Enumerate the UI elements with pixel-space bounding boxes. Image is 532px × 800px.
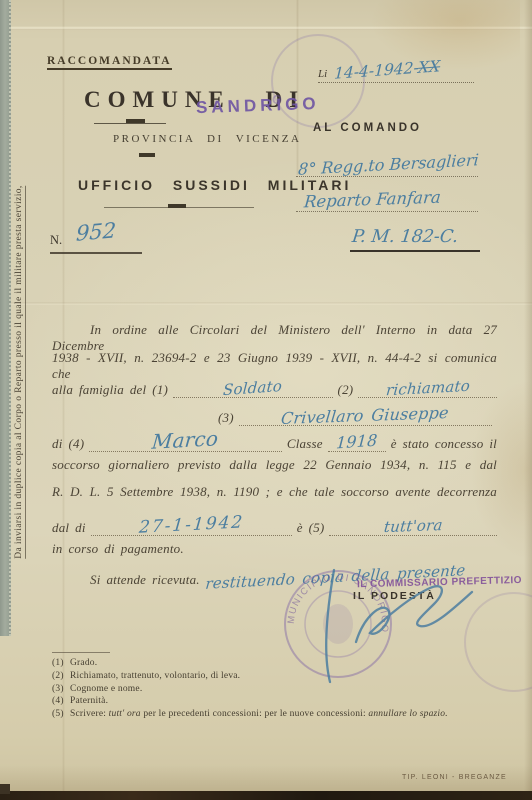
paper-corner (0, 784, 10, 794)
rank-handwritten: Soldato (223, 379, 283, 398)
date-label: Li (318, 68, 327, 80)
body-text: (2) (338, 382, 354, 398)
addressee-regiment-handwritten: 8° Regg.to Bersaglieri (298, 152, 480, 178)
body-line-5: di (4) Marco Classe 1918 è stato concess… (52, 424, 497, 452)
body-text: di (4) (52, 436, 84, 452)
footnote-italic: annullare lo spazio. (368, 709, 447, 719)
serrated-left-edge (0, 0, 11, 636)
body-line-3: alla famiglia del (1) Soldato (2) richia… (52, 372, 497, 398)
footnote-rule (52, 652, 110, 653)
body-line-9: in corso di pagamento. (52, 541, 497, 557)
body-text: è (5) (297, 520, 325, 536)
class-fill: 1918 (328, 434, 386, 452)
paternity-fill: Marco (89, 430, 282, 452)
body-text: è stato concesso il (391, 436, 497, 452)
body-text: dal di (52, 520, 86, 536)
footnote-italic: tutt' ora (109, 709, 141, 719)
protocol-number-value: 952 (76, 220, 117, 245)
footnote-text: Grado. (70, 658, 97, 668)
status-handwritten: tutt'ora (383, 518, 443, 535)
footnote-number: (4) (52, 696, 70, 706)
footnote-text: Paternità. (70, 696, 108, 706)
body-line-4: (3) Crivellaro Giuseppe (218, 398, 492, 426)
paper-bottom-edge (0, 791, 532, 800)
title-dash (126, 119, 145, 123)
class-year-handwritten: 1918 (335, 432, 378, 451)
margin-instruction-note: Da inviarsi in duplice copia al Corpo o … (14, 185, 26, 558)
footnote-4: (4)Paternità. (52, 696, 502, 706)
footnote-number: (5) (52, 709, 70, 719)
body-line-7: R. D. L. 5 Settembre 1938, n. 1190 ; e c… (52, 484, 497, 500)
protocol-number-underline (50, 252, 142, 254)
body-text: alla famiglia del (1) (52, 382, 168, 398)
date-handwritten: 14-4-1942-XX (334, 59, 441, 82)
footnote-text: Cognome e nome. (70, 684, 142, 694)
protocol-number-label: N. (50, 233, 62, 248)
footnote-text: Scrivere: (70, 709, 106, 719)
service-type-handwritten: richiamato (385, 379, 470, 398)
scanned-document: Da inviarsi in duplice copia al Corpo o … (0, 0, 532, 800)
addressee-line: 8° Regg.to Bersaglieri (296, 143, 478, 177)
start-date-handwritten: 27-1-1942 (138, 514, 245, 537)
faint-stamp-letter: O (272, 92, 282, 107)
footnote-3: (3)Cognome e nome. (52, 684, 502, 694)
addressee-heading: AL COMANDO (313, 122, 422, 134)
footnote-number: (3) (52, 684, 70, 694)
footnote-1: (1)Grado. (52, 658, 502, 668)
addressee-line: Reparto Fanfara (296, 180, 478, 212)
province-subtitle: PROVINCIA DI VICENZA (113, 133, 301, 145)
title-rule (94, 123, 166, 124)
body-line-8: dal di 27-1-1942 è (5) tutt'ora (52, 508, 497, 536)
printer-mark: TIP. LEONI - BREGANZE (402, 774, 507, 781)
date-line: Li 14-4-1942-XX (318, 54, 474, 83)
status-fill: tutt'ora (329, 519, 497, 536)
paper-crease (0, 302, 532, 305)
title-dash (168, 204, 186, 208)
registered-mail-stamp: RACCOMANDATA (47, 55, 172, 70)
body-text: Classe (287, 436, 323, 452)
paper-crease (0, 26, 532, 30)
footnote-text: per le precedenti concessioni: per le nu… (143, 709, 366, 719)
addressee-line: P. M. 182-C. (350, 214, 480, 252)
start-date-fill: 27-1-1942 (91, 517, 292, 536)
date-era-numeral: XX (418, 57, 441, 77)
footnote-number: (2) (52, 671, 70, 681)
closing-printed: Si attende ricevuta. (52, 572, 200, 588)
service-type-fill: richiamato (358, 381, 497, 398)
addressee-unit-handwritten: Reparto Fanfara (303, 189, 441, 210)
footnote-text: Richiamato, trattenuto, volontario, di l… (70, 671, 240, 681)
footnote-2: (2)Richiamato, trattenuto, volontario, d… (52, 671, 502, 681)
footnote-5: (5)Scrivere: tutt' ora per le precedenti… (52, 709, 502, 719)
title-dash (139, 153, 155, 157)
military-post-handwritten: P. M. 182-C. (351, 229, 459, 247)
footnote-number: (1) (52, 658, 70, 668)
rank-fill: Soldato (173, 381, 332, 398)
date-main: 14-4-1942- (334, 58, 419, 82)
paternity-handwritten: Marco (152, 428, 220, 452)
body-line-6: soccorso giornaliero previsto dalla legg… (52, 457, 497, 473)
